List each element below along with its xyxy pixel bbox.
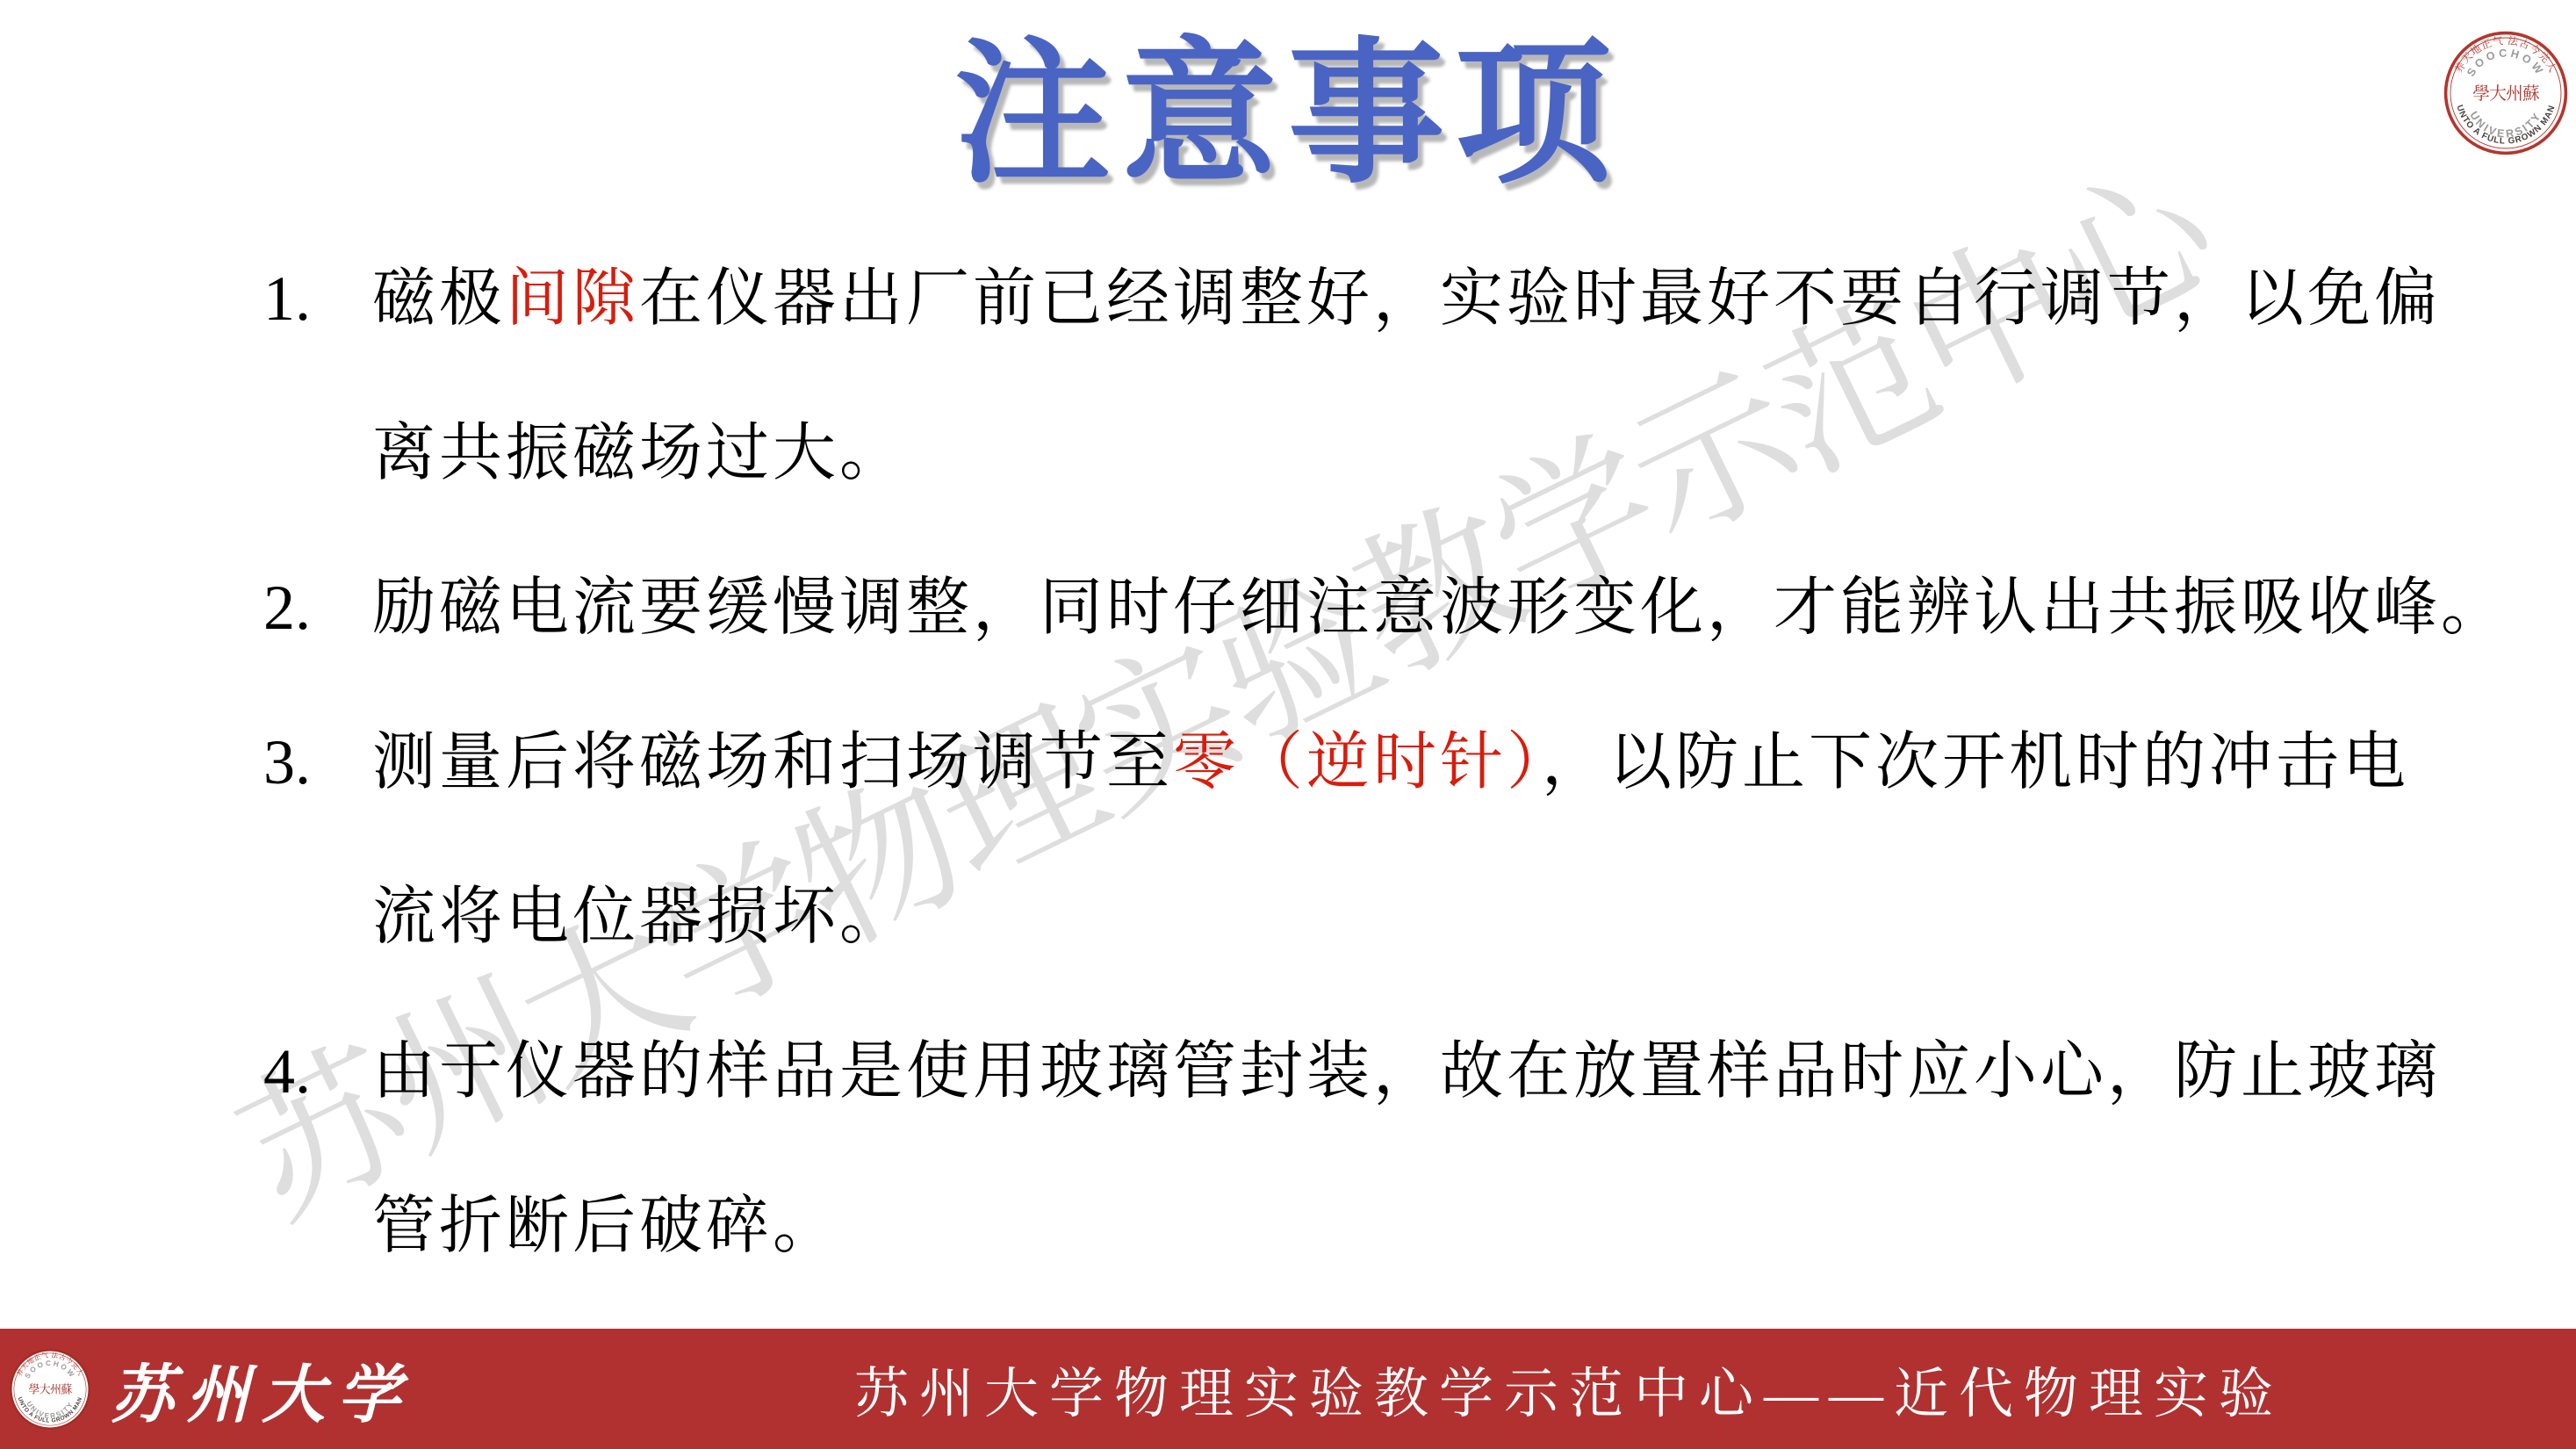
note-item-3: 3. 测量后将磁场和扫场调节至零（逆时针），以防止下次开机时的冲击电 流将电位器… <box>263 685 2508 994</box>
footer-bar: 养天地正气 法古今完人 SOOCHOW 學大州蘇 UNIVERSITY UNTO… <box>0 1329 2576 1449</box>
note-line: 测量后将磁场和扫场调节至零（逆时针），以防止下次开机时的冲击电 <box>372 685 2508 840</box>
note-number: 3. <box>263 685 311 840</box>
note-item-2: 2. 励磁电流要缓慢调整，同时仔细注意波形变化，才能辨认出共振吸收峰。 <box>263 530 2508 685</box>
note-line: 磁极间隙在仪器出厂前已经调整好，实验时最好不要自行调节，以免偏 <box>372 221 2508 376</box>
note-item-4: 4. 由于仪器的样品是使用玻璃管封装，故在放置样品时应小心，防止玻璃 管折断后破… <box>263 994 2508 1303</box>
note-text: 由于仪器的样品是使用玻璃管封装，故在放置样品时应小心，防止玻璃 <box>372 1036 2441 1107</box>
soochow-university-seal-icon: 养天地正气 法古今完人 SOOCHOW 學大州蘇 UNIVERSITY UNTO… <box>9 1348 91 1431</box>
note-line: 离共振磁场过大。 <box>372 376 2508 530</box>
note-text: 励磁电流要缓慢调整，同时仔细注意波形变化，才能辨认出共振吸收峰。 <box>372 573 2508 643</box>
note-text-highlight: 零（逆时针） <box>1173 727 1542 797</box>
university-name-calligraphy: 苏州大学 <box>111 1344 413 1435</box>
seal-center-chars: 學大州蘇 <box>28 1382 72 1395</box>
note-text: 测量后将磁场和扫场调节至 <box>372 727 1173 797</box>
note-text: 在仪器出厂前已经调整好，实验时最好不要自行调节，以免偏 <box>639 263 2441 334</box>
page-title: 注意事项 <box>0 12 2576 215</box>
footer-center-text: 苏州大学物理实验教学示范中心——近代物理实验 <box>562 1350 2576 1428</box>
note-text: 离共振磁场过大。 <box>372 418 906 488</box>
note-text-highlight: 间隙 <box>506 263 639 334</box>
soochow-university-seal-icon: 养天地正气 法古今完人 SOOCHOW 學大州蘇 UNIVERSITY UNTO… <box>2443 30 2569 156</box>
note-number: 2. <box>263 530 311 685</box>
notes-list: 1. 磁极间隙在仪器出厂前已经调整好，实验时最好不要自行调节，以免偏 离共振磁场… <box>263 221 2508 1303</box>
seal-center-chars: 學大州蘇 <box>2472 84 2540 104</box>
note-text: 流将电位器损坏。 <box>372 882 906 952</box>
note-number: 1. <box>263 221 311 376</box>
note-line: 励磁电流要缓慢调整，同时仔细注意波形变化，才能辨认出共振吸收峰。 <box>372 530 2508 685</box>
note-item-1: 1. 磁极间隙在仪器出厂前已经调整好，实验时最好不要自行调节，以免偏 离共振磁场… <box>263 221 2508 530</box>
note-text: ，以防止下次开机时的冲击电 <box>1542 727 2409 797</box>
note-line: 流将电位器损坏。 <box>372 840 2508 994</box>
note-line: 由于仪器的样品是使用玻璃管封装，故在放置样品时应小心，防止玻璃 <box>372 994 2508 1149</box>
slide: 苏州大学物理实验教学示范中心 注意事项 养天地正气 法古今完人 SOOCHOW … <box>0 0 2576 1449</box>
note-text: 磁极 <box>372 263 506 334</box>
note-text: 管折断后破碎。 <box>372 1191 839 1261</box>
note-number: 4. <box>263 994 311 1149</box>
note-line: 管折断后破碎。 <box>372 1149 2508 1303</box>
